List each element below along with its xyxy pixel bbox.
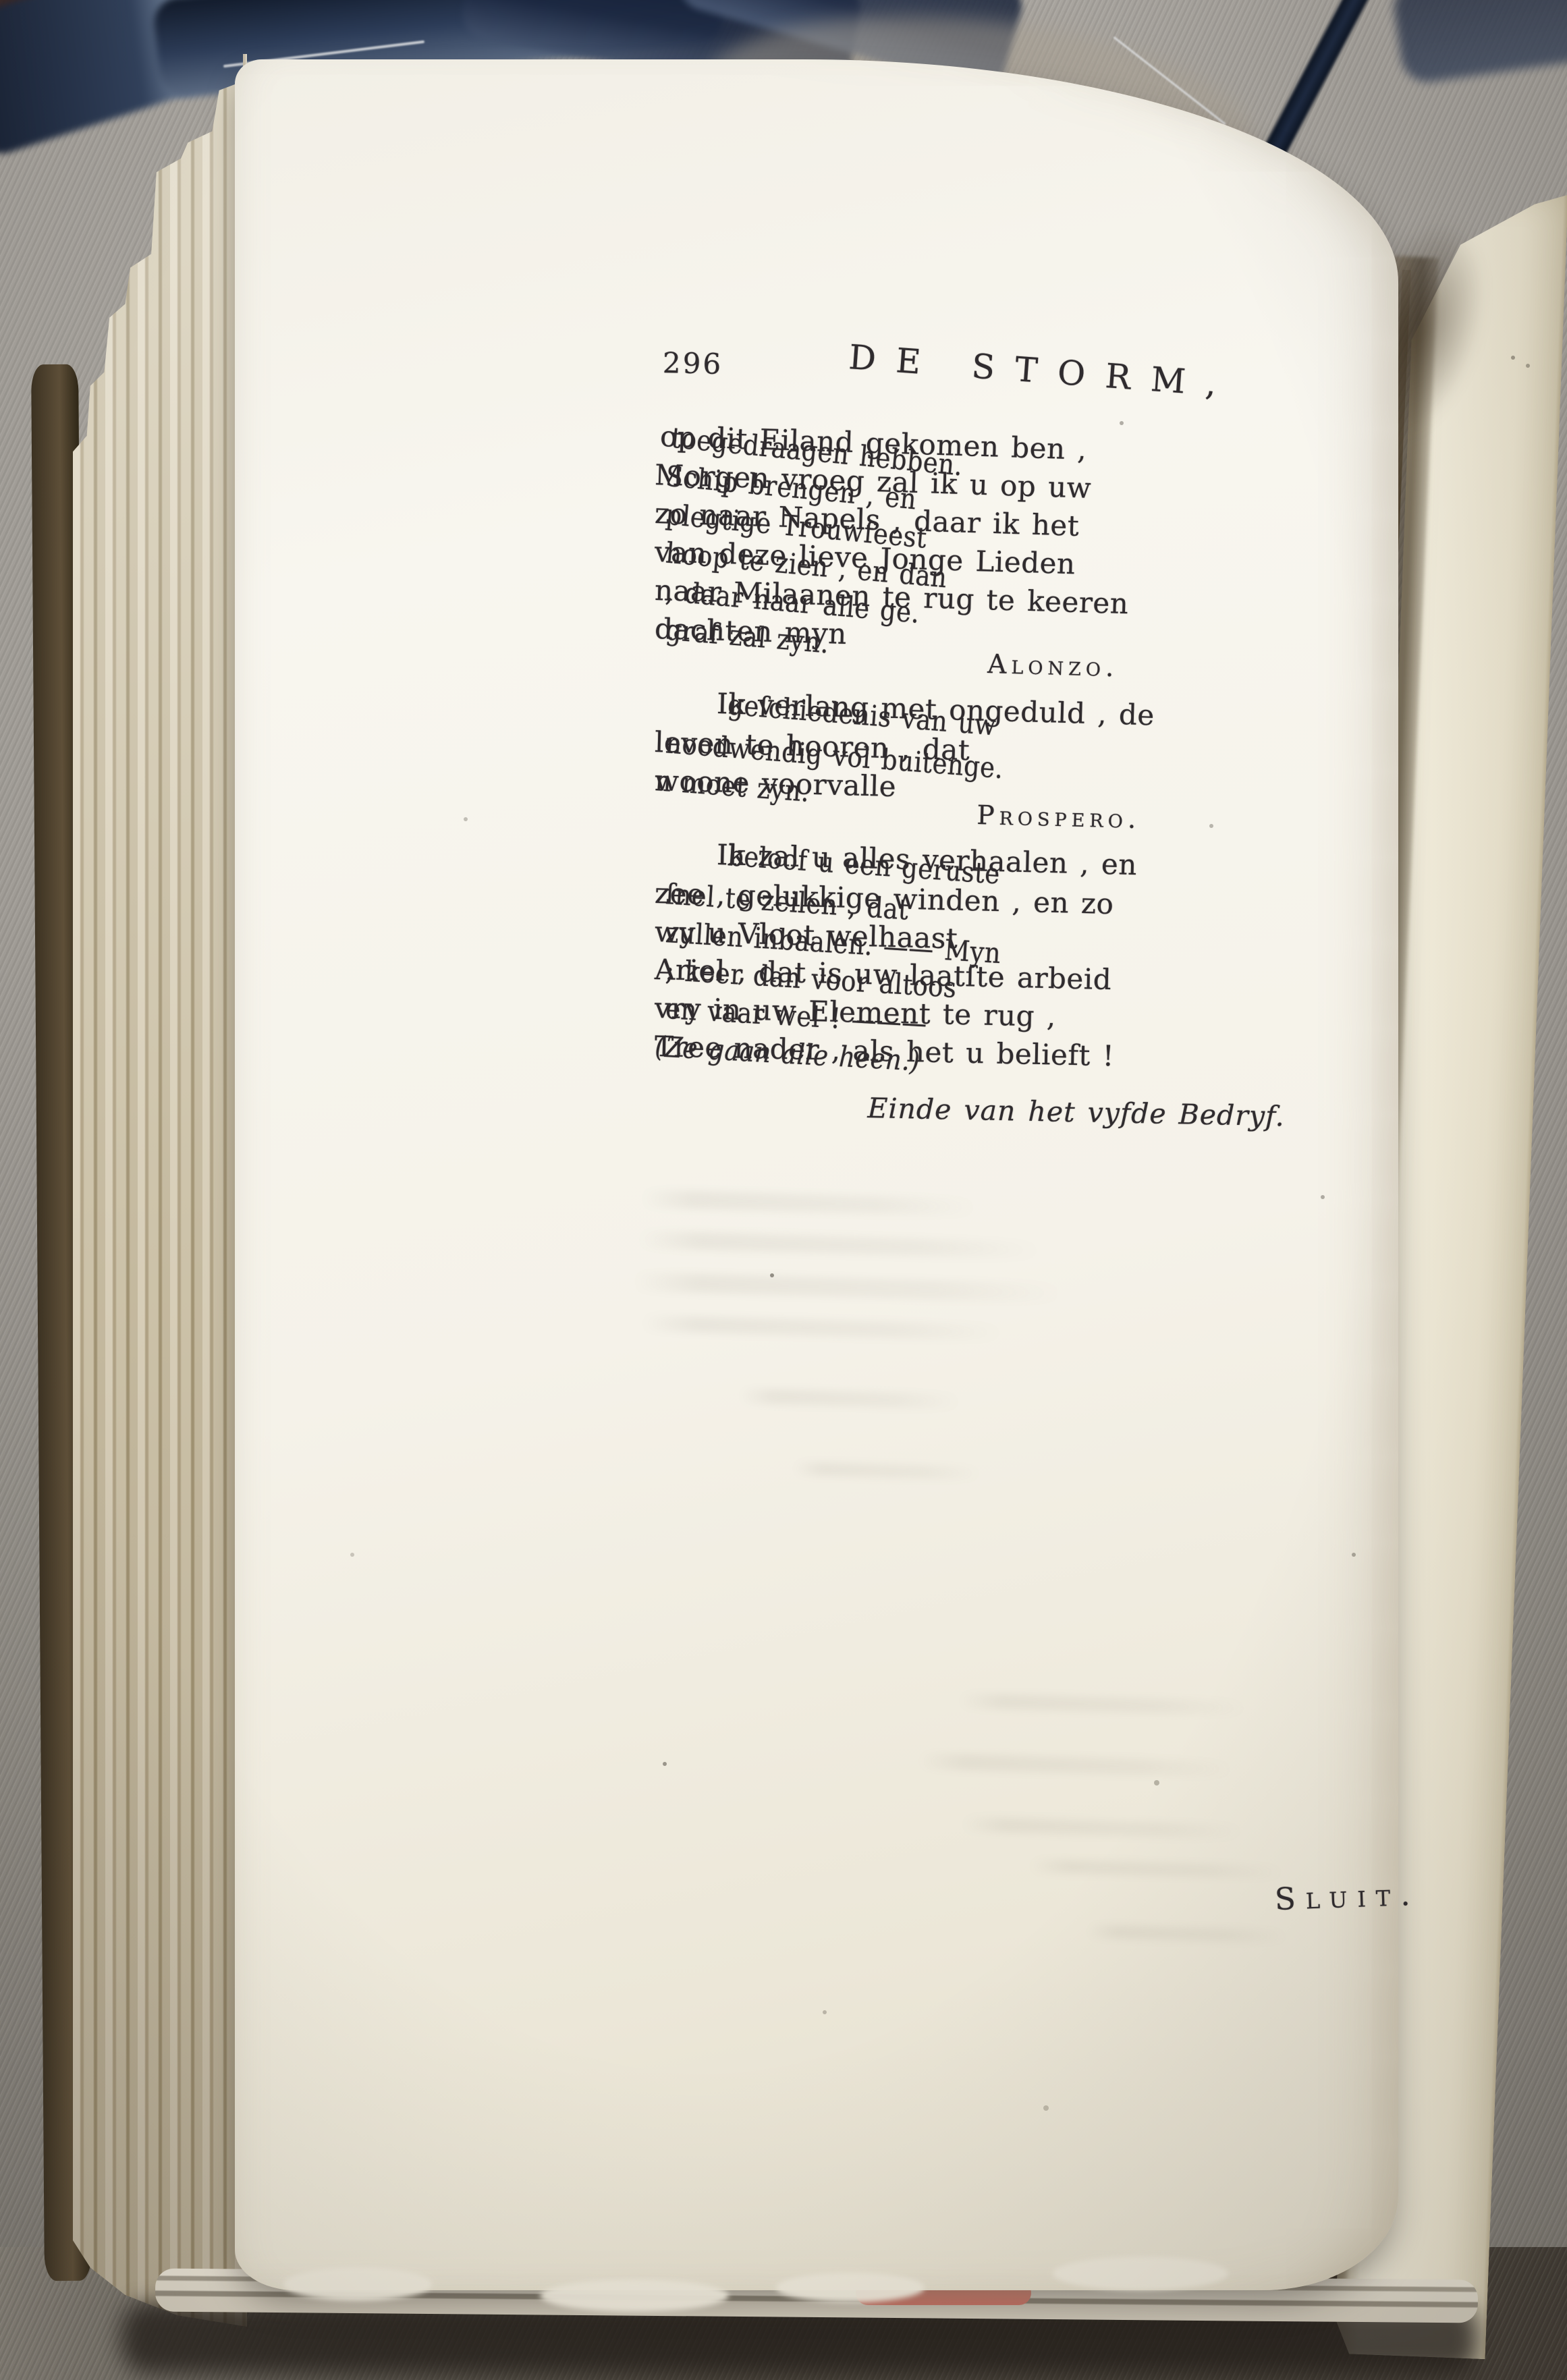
paper-specks (0, 0, 3, 3)
deckle-edge (776, 2273, 925, 2302)
book-page (235, 59, 1398, 2290)
page-edge-stack (73, 54, 247, 2327)
fabric-fold (1391, 0, 1567, 86)
book-photo: 296 DE STORM, op dit Eiland gekomen ben … (0, 0, 1567, 2380)
deckle-edge (283, 2267, 432, 2301)
deckle-edge (540, 2279, 729, 2312)
deckle-edge (1053, 2257, 1228, 2290)
